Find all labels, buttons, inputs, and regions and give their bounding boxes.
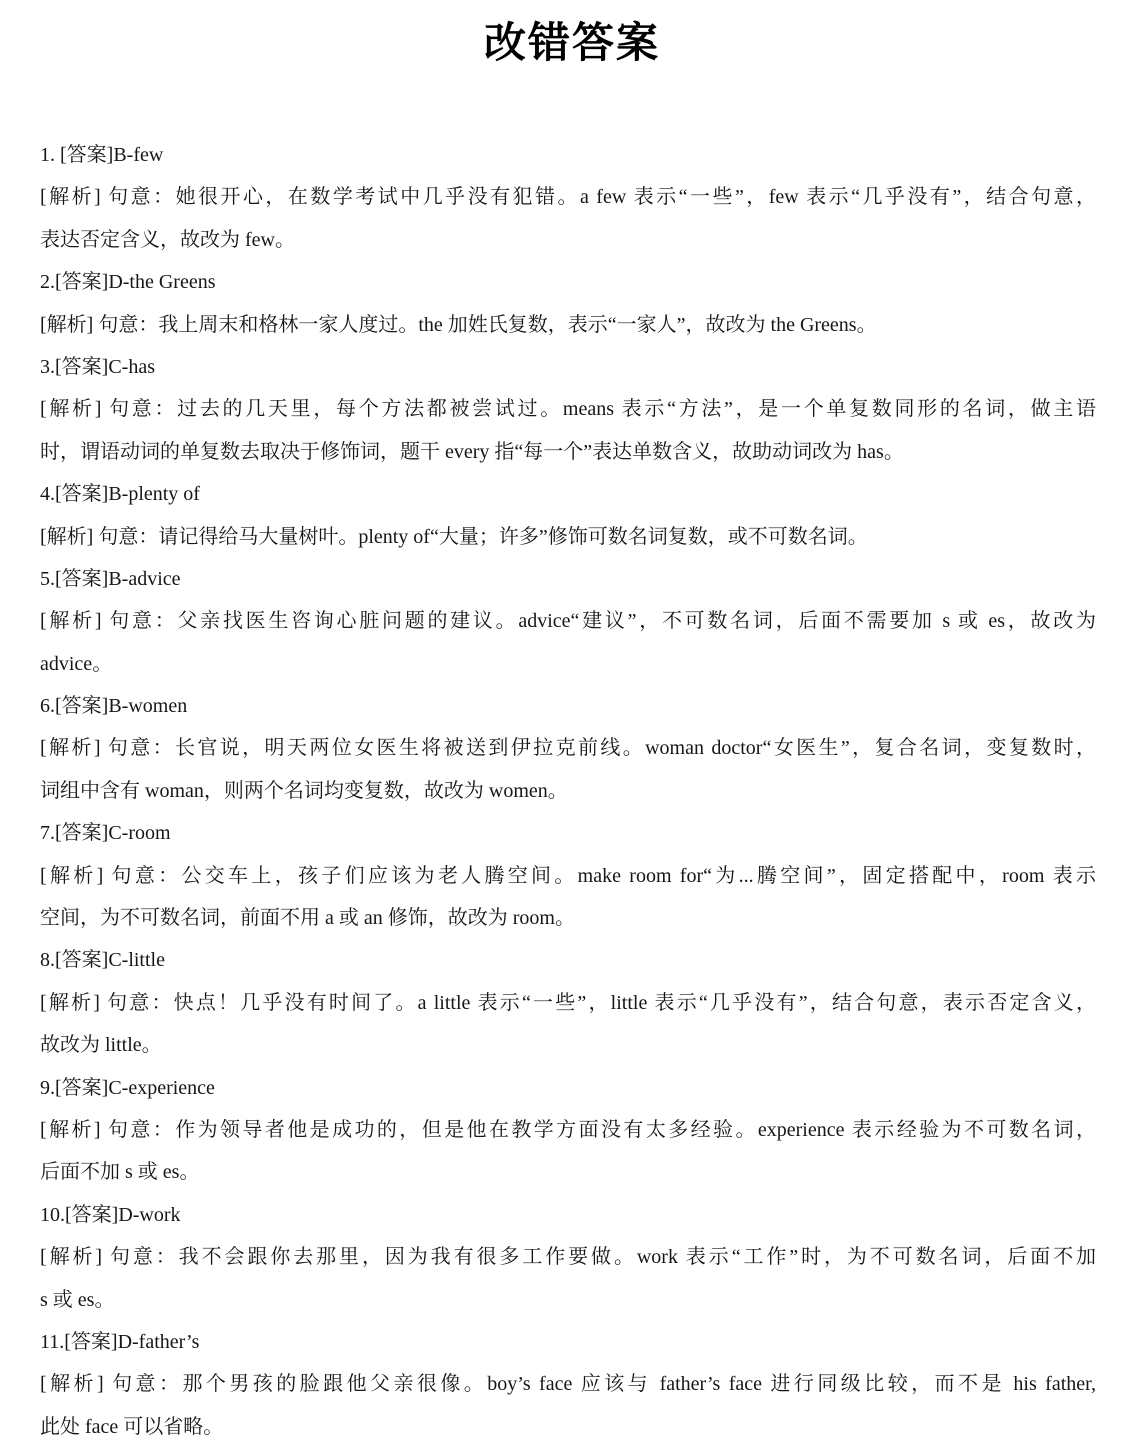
answer-line: 6.[答案]B-women xyxy=(40,685,1096,727)
answer-line: 7.[答案]C-room xyxy=(40,812,1096,854)
answer-line: 5.[答案]B-advice xyxy=(40,558,1096,600)
analysis-line: 故改为 little。 xyxy=(40,1024,1096,1066)
answer-item: 8.[答案]C-little [解析] 句意：快点！几乎没有时间了。a litt… xyxy=(40,939,1096,1066)
answer-item: 7.[答案]C-room [解析] 句意：公交车上，孩子们应该为老人腾空间。ma… xyxy=(40,812,1096,939)
answer-line: 4.[答案]B-plenty of xyxy=(40,473,1096,515)
analysis-line: [解析] 句意：那个男孩的脸跟他父亲很像。boy’s face 应该与 fath… xyxy=(40,1363,1096,1405)
analysis-line: [解析] 句意：我不会跟你去那里，因为我有很多工作要做。work 表示“工作”时… xyxy=(40,1236,1096,1278)
analysis-line: [解析] 句意：请记得给马大量树叶。plenty of“大量；许多”修饰可数名词… xyxy=(40,516,1096,558)
analysis-line: 词组中含有 woman，则两个名词均变复数，故改为 women。 xyxy=(40,770,1096,812)
answer-item: 9.[答案]C-experience [解析] 句意：作为领导者他是成功的，但是… xyxy=(40,1067,1096,1194)
answer-line: 11.[答案]D-father’s xyxy=(40,1321,1096,1363)
analysis-line: [解析] 句意：公交车上，孩子们应该为老人腾空间。make room for“为… xyxy=(40,855,1096,897)
analysis-line: advice。 xyxy=(40,643,1096,685)
answer-line: 10.[答案]D-work xyxy=(40,1194,1096,1236)
answer-item: 4.[答案]B-plenty of [解析] 句意：请记得给马大量树叶。plen… xyxy=(40,473,1096,558)
analysis-line: [解析] 句意：我上周末和格林一家人度过。the 加姓氏复数，表示“一家人”，故… xyxy=(40,304,1096,346)
analysis-line: 表达否定含义，故改为 few。 xyxy=(40,219,1096,261)
answer-line: 3.[答案]C-has xyxy=(40,346,1096,388)
answer-item: 5.[答案]B-advice [解析] 句意：父亲找医生咨询心脏问题的建议。ad… xyxy=(40,558,1096,685)
page-title: 改错答案 xyxy=(0,0,1144,72)
analysis-line: [解析] 句意：快点！几乎没有时间了。a little 表示“一些”，littl… xyxy=(40,982,1096,1024)
analysis-line: [解析] 句意：作为领导者他是成功的，但是他在教学方面没有太多经验。experi… xyxy=(40,1109,1096,1151)
analysis-line: [解析] 句意：过去的几天里，每个方法都被尝试过。means 表示“方法”，是一… xyxy=(40,388,1096,430)
answer-item: 3.[答案]C-has [解析] 句意：过去的几天里，每个方法都被尝试过。mea… xyxy=(40,346,1096,473)
analysis-line: 后面不加 s 或 es。 xyxy=(40,1151,1096,1193)
analysis-line: s 或 es。 xyxy=(40,1279,1096,1321)
answer-item: 10.[答案]D-work [解析] 句意：我不会跟你去那里，因为我有很多工作要… xyxy=(40,1194,1096,1321)
answer-line: 1. [答案]B-few xyxy=(40,134,1096,176)
analysis-line: 此处 face 可以省略。 xyxy=(40,1406,1096,1448)
answer-line: 8.[答案]C-little xyxy=(40,939,1096,981)
answer-line: 2.[答案]D-the Greens xyxy=(40,261,1096,303)
answer-line: 9.[答案]C-experience xyxy=(40,1067,1096,1109)
analysis-line: 空间，为不可数名词，前面不用 a 或 an 修饰，故改为 room。 xyxy=(40,897,1096,939)
answer-item: 11.[答案]D-father’s [解析] 句意：那个男孩的脸跟他父亲很像。b… xyxy=(40,1321,1096,1448)
analysis-line: 时，谓语动词的单复数去取决于修饰词，题干 every 指“每一个”表达单数含义，… xyxy=(40,431,1096,473)
answer-item: 2.[答案]D-the Greens [解析] 句意：我上周末和格林一家人度过。… xyxy=(40,261,1096,346)
answer-item: 6.[答案]B-women [解析] 句意：长官说，明天两位女医生将被送到伊拉克… xyxy=(40,685,1096,812)
answers-list: 1. [答案]B-few [解析] 句意：她很开心，在数学考试中几乎没有犯错。a… xyxy=(40,134,1096,1448)
answer-item: 1. [答案]B-few [解析] 句意：她很开心，在数学考试中几乎没有犯错。a… xyxy=(40,134,1096,261)
analysis-line: [解析] 句意：她很开心，在数学考试中几乎没有犯错。a few 表示“一些”，f… xyxy=(40,176,1096,218)
analysis-line: [解析] 句意：长官说，明天两位女医生将被送到伊拉克前线。woman docto… xyxy=(40,727,1096,769)
analysis-line: [解析] 句意：父亲找医生咨询心脏问题的建议。advice“建议”，不可数名词，… xyxy=(40,600,1096,642)
